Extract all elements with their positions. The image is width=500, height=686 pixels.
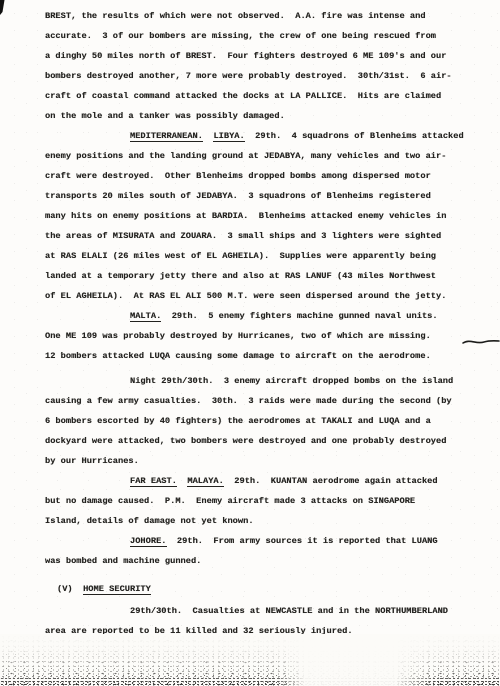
text-segment: area are reported to be 11 killed and 32… [45, 626, 353, 636]
text-segment: was bombed and machine gunned. [45, 556, 201, 566]
text-segment: of EL AGHEILA). At RAS EL ALI 500 M.T. w… [45, 291, 446, 301]
scan-noise-band [0, 634, 500, 686]
text-line: of EL AGHEILA). At RAS EL ALI 500 M.T. w… [45, 286, 490, 306]
text-segment: many hits on enemy positions at BARDIA. … [45, 211, 446, 221]
text-line: Island, details of damage not yet known. [45, 511, 490, 531]
text-line: One ME 109 was probably destroyed by Hur… [45, 326, 490, 346]
text-line: at RAS ELALI (26 miles west of EL AGHEIL… [45, 246, 490, 266]
text-segment [177, 476, 187, 486]
text-segment: craft of coastal command attacked the do… [45, 91, 441, 101]
text-line: 29th/30th. Casualties at NEWCASTLE and i… [45, 601, 490, 621]
underlined-heading: JOHORE. [130, 536, 167, 547]
text-line: MALTA. 29th. 5 enemy fighters machine gu… [45, 306, 490, 326]
underlined-heading: LIBYA. [213, 131, 244, 142]
text-line: dockyard were attacked, two bombers were… [45, 431, 490, 451]
text-segment: One ME 109 was probably destroyed by Hur… [45, 331, 431, 341]
text-segment: Night 29th/30th. 3 enemy aircraft droppe… [130, 376, 453, 386]
text-line: BREST, the results of which were not obs… [45, 6, 490, 26]
text-line: accurate. 3 of our bombers are missing, … [45, 26, 490, 46]
noise-speckle-layer [0, 634, 500, 686]
text-line: many hits on enemy positions at BARDIA. … [45, 206, 490, 226]
text-line: transports 20 miles south of JEDABYA. 3 … [45, 186, 490, 206]
noise-dense-strip [0, 676, 500, 686]
text-segment: craft were destroyed. Other Blenheims dr… [45, 171, 431, 181]
text-segment: transports 20 miles south of JEDABYA. 3 … [45, 191, 431, 201]
text-segment: 6 bombers escorted by 40 fighters) the a… [45, 416, 431, 426]
text-segment: BREST, the results of which were not obs… [45, 11, 426, 21]
text-line: Night 29th/30th. 3 enemy aircraft droppe… [45, 371, 490, 391]
text-segment: the areas of MISURATA and ZOUARA. 3 smal… [45, 231, 441, 241]
text-segment: on the mole and a tanker was possibly da… [45, 111, 285, 121]
text-segment: 29th. From army sources it is reported t… [167, 536, 438, 546]
text-line: but no damage caused. P.M. Enemy aircraf… [45, 491, 490, 511]
text-line: 6 bombers escorted by 40 fighters) the a… [45, 411, 490, 431]
text-segment: landed at a temporary jetty there and al… [45, 271, 436, 281]
text-line: was bombed and machine gunned. [45, 551, 490, 571]
text-line: the areas of MISURATA and ZOUARA. 3 smal… [45, 226, 490, 246]
text-segment [203, 131, 213, 141]
text-segment: 29th. KUANTAN aerodrome again attacked [224, 476, 438, 486]
text-line: FAR EAST. MALAYA. 29th. KUANTAN aerodrom… [45, 471, 490, 491]
text-segment: 29th/30th. Casualties at NEWCASTLE and i… [130, 606, 448, 616]
text-line: enemy positions and the landing ground a… [45, 146, 490, 166]
text-segment: bombers destroyed another, 7 more were p… [45, 71, 452, 81]
text-segment: causing a few army casualties. 30th. 3 r… [45, 396, 452, 406]
text-segment: by our Hurricanes. [45, 456, 139, 466]
text-line: 12 bombers attacked LUQA causing some da… [45, 346, 490, 366]
text-line: bombers destroyed another, 7 more were p… [45, 66, 490, 86]
text-line: landed at a temporary jetty there and al… [45, 266, 490, 286]
text-line: a dinghy 50 miles north of BREST. Four f… [45, 46, 490, 66]
underlined-heading: MALTA. [130, 311, 161, 322]
text-segment: 12 bombers attacked LUQA causing some da… [45, 351, 431, 361]
scanned-page: BREST, the results of which were not obs… [0, 0, 500, 686]
document-text: BREST, the results of which were not obs… [45, 6, 490, 641]
underlined-heading: HOME SECURITY [83, 584, 151, 595]
underlined-heading: FAR EAST. [130, 476, 177, 487]
text-segment: a dinghy 50 miles north of BREST. Four f… [45, 51, 446, 61]
text-segment: Island, details of damage not yet known. [45, 516, 254, 526]
noise-horizontal-gap [0, 634, 500, 686]
text-line: MEDITERRANEAN. LIBYA. 29th. 4 squadrons … [45, 126, 490, 146]
noise-vertical-fade [0, 634, 500, 686]
text-segment: (V) [57, 584, 83, 594]
text-segment: but no damage caused. P.M. Enemy aircraf… [45, 496, 415, 506]
text-line: by our Hurricanes. [45, 451, 490, 471]
text-segment: dockyard were attacked, two bombers were… [45, 436, 446, 446]
text-line: area are reported to be 11 killed and 32… [45, 621, 490, 641]
text-segment: 29th. 4 squadrons of Blenheims attacked [245, 131, 464, 141]
scan-corner-artifact-icon [0, 0, 8, 16]
text-segment: accurate. 3 of our bombers are missing, … [45, 31, 436, 41]
text-segment: at RAS ELALI (26 miles west of EL AGHEIL… [45, 251, 436, 261]
text-line: craft were destroyed. Other Blenheims dr… [45, 166, 490, 186]
text-line: JOHORE. 29th. From army sources it is re… [45, 531, 490, 551]
underlined-heading: MALAYA. [187, 476, 224, 487]
text-segment: 29th. 5 enemy fighters machine gunned na… [161, 311, 437, 321]
margin-pen-mark [461, 336, 500, 348]
text-line: causing a few army casualties. 30th. 3 r… [45, 391, 490, 411]
text-line: (V) HOME SECURITY [45, 579, 490, 599]
text-line: on the mole and a tanker was possibly da… [45, 106, 490, 126]
underlined-heading: MEDITERRANEAN. [130, 131, 203, 142]
text-line: craft of coastal command attacked the do… [45, 86, 490, 106]
text-segment: enemy positions and the landing ground a… [45, 151, 446, 161]
